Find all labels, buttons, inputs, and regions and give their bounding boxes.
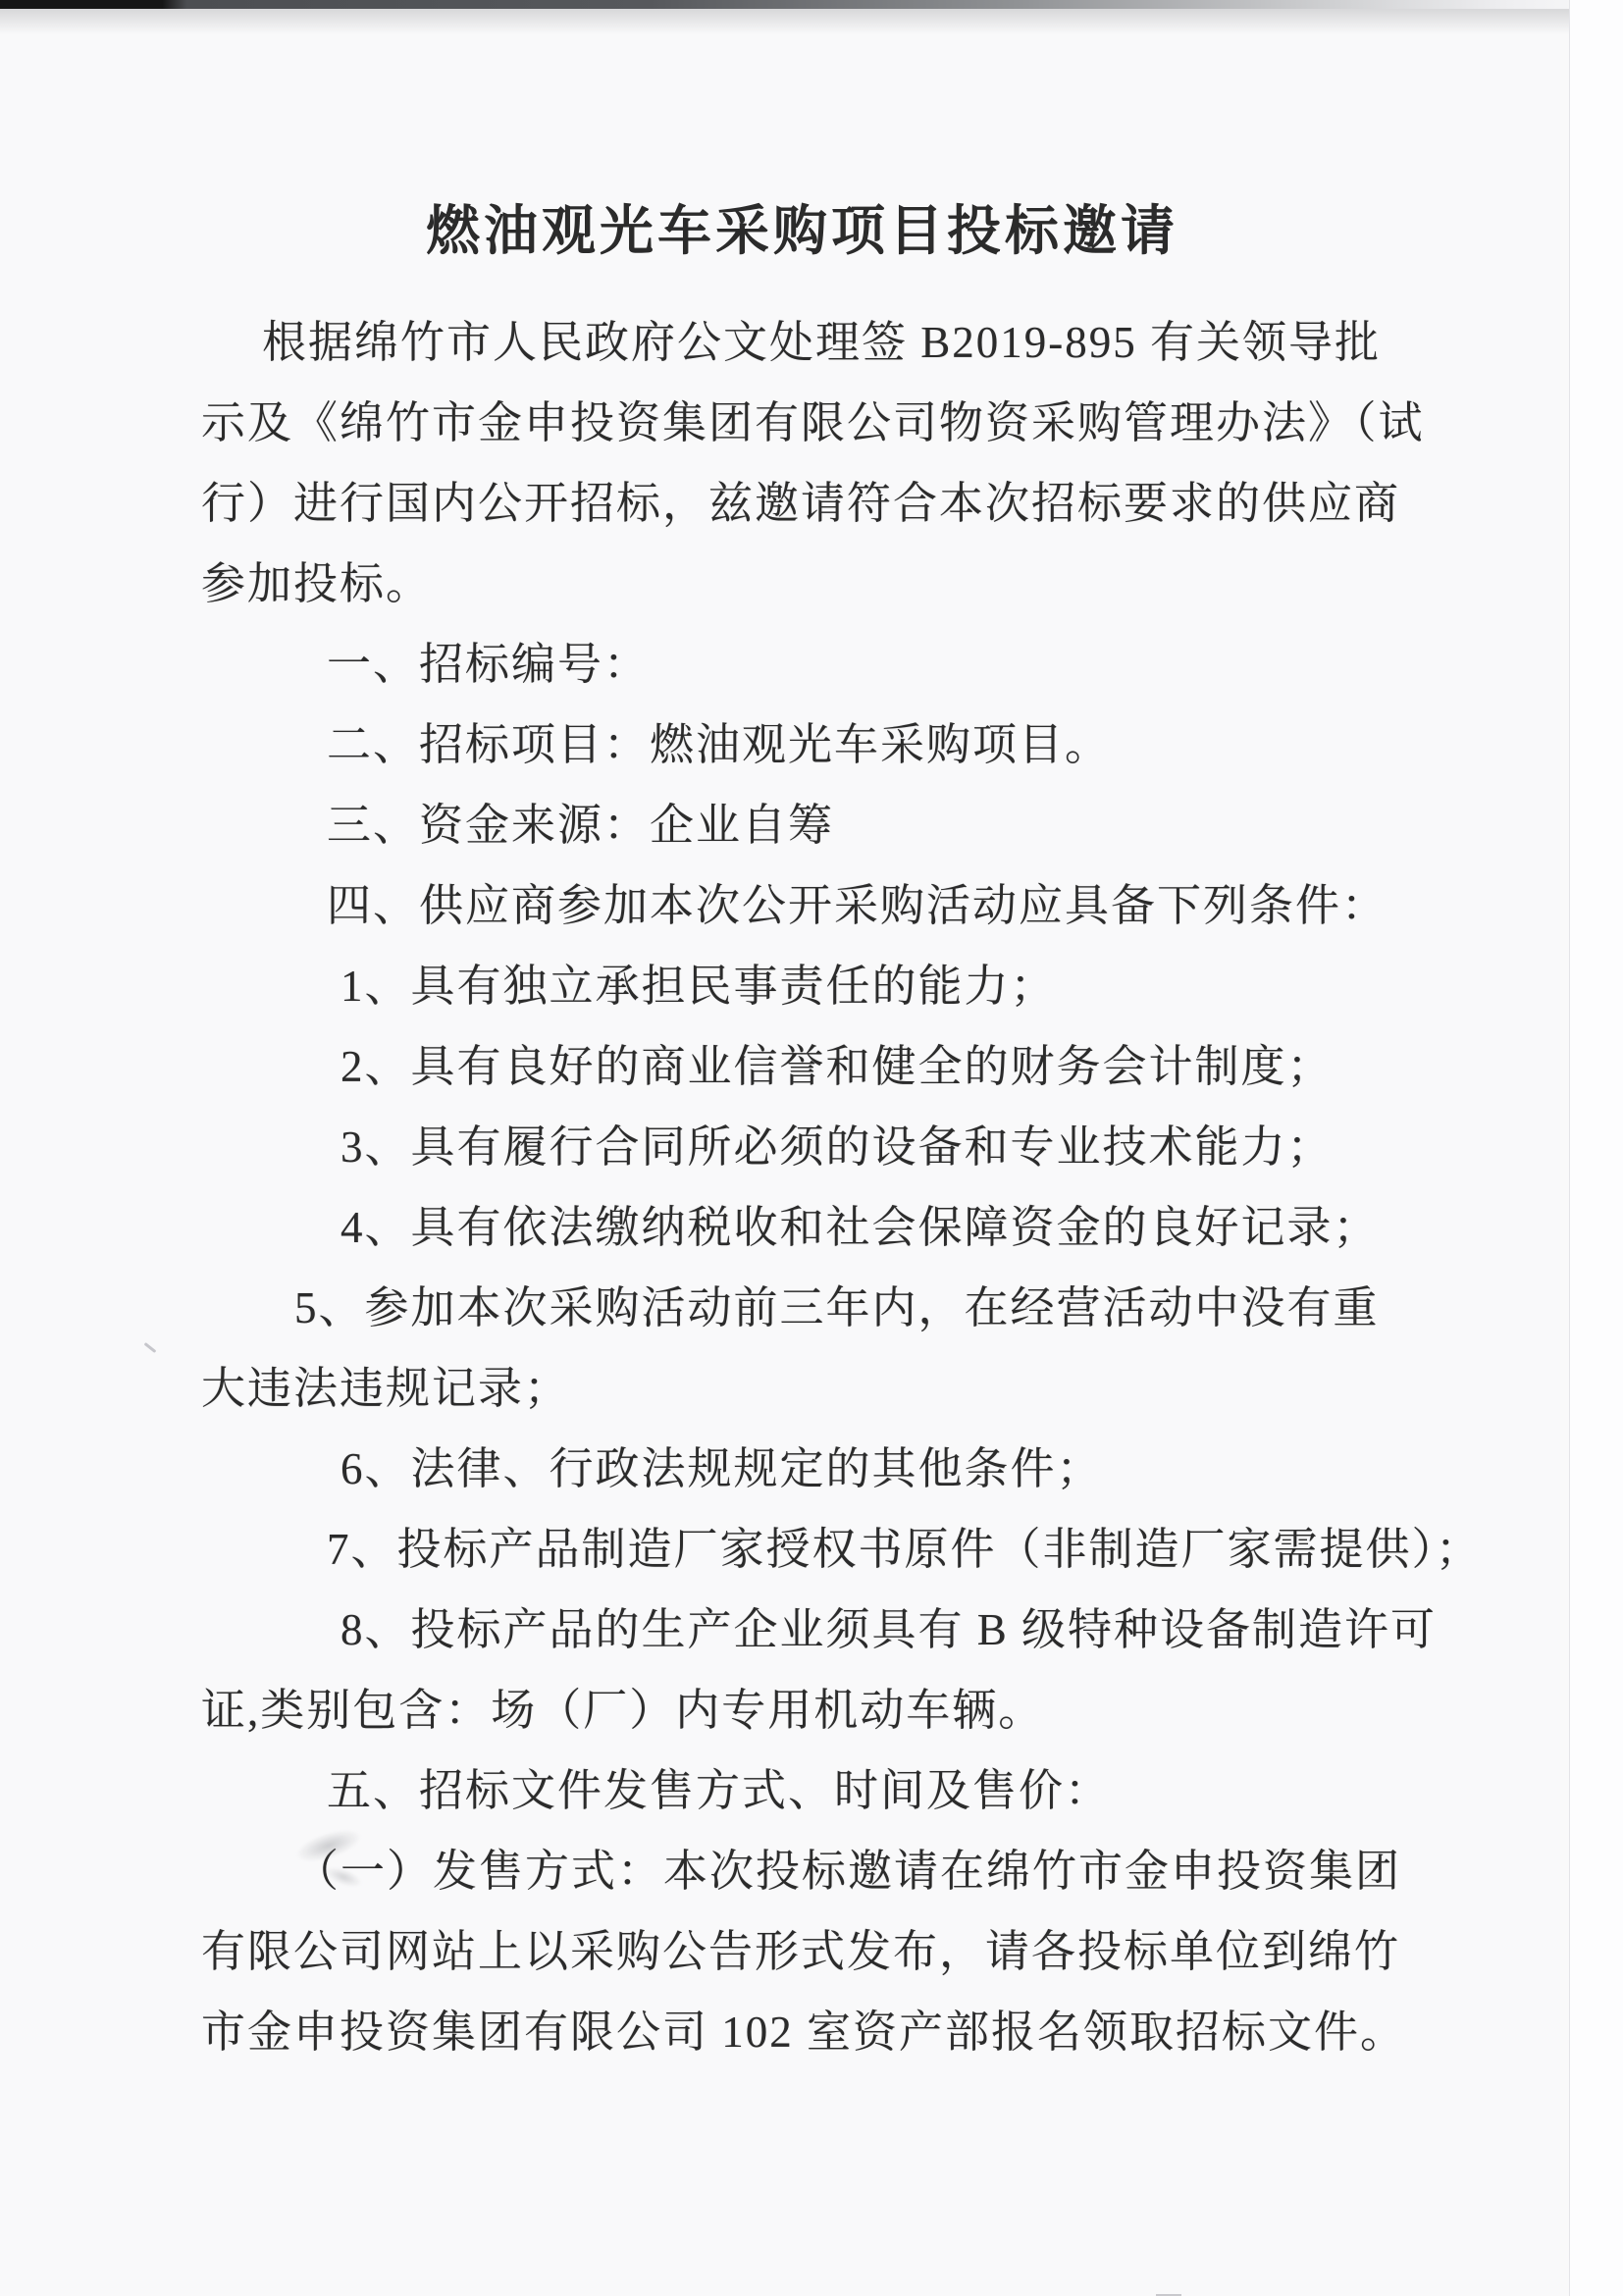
text-line: 根据绵竹市人民政府公文处理签 B2019-895 有关领导批: [201, 302, 1458, 383]
text-line-condition-6: 6、法律、行政法规规定的其他条件；: [201, 1429, 1458, 1509]
text-line-condition-4: 4、具有依法缴纳税收和社会保障资金的良好记录；: [201, 1187, 1458, 1268]
text-line-condition-7: 7、投标产品制造厂家授权书原件（非制造厂家需提供）；: [201, 1509, 1458, 1590]
scan-noise-mark: [144, 1342, 157, 1353]
text-line-conditions-heading: 四、供应商参加本次公开采购活动应具备下列条件：: [201, 865, 1458, 946]
scan-edge-shadow: [0, 9, 1623, 34]
text-line: 市金申投资集团有限公司 102 室资产部报名领取招标文件。: [201, 1992, 1458, 2072]
text-line: 行）进行国内公开招标，兹邀请符合本次招标要求的供应商: [201, 463, 1458, 544]
text-line-tender-number: 一、招标编号：: [201, 624, 1458, 704]
text-line-condition-2: 2、具有良好的商业信誉和健全的财务会计制度；: [201, 1026, 1458, 1107]
document-title: 燃油观光车采购项目投标邀请: [174, 196, 1431, 267]
text-line-fund-source: 三、资金来源：企业自筹: [201, 785, 1458, 865]
document-page: 燃油观光车采购项目投标邀请 根据绵竹市人民政府公文处理签 B2019-895 有…: [0, 0, 1623, 2296]
text-line-condition-5: 5、参加本次采购活动前三年内，在经营活动中没有重: [201, 1268, 1458, 1348]
text-line-condition-8: 8、投标产品的生产企业须具有 B 级特种设备制造许可: [201, 1590, 1458, 1670]
text-line: 有限公司网站上以采购公告形式发布，请各投标单位到绵竹: [201, 1911, 1458, 1992]
scan-page-right-edge: [1569, 0, 1623, 2296]
text-line-sale-heading: 五、招标文件发售方式、时间及售价：: [201, 1750, 1458, 1831]
document-content: 燃油观光车采购项目投标邀请 根据绵竹市人民政府公文处理签 B2019-895 有…: [201, 196, 1458, 2072]
text-line-condition-3: 3、具有履行合同所必须的设备和专业技术能力；: [201, 1107, 1458, 1187]
text-line: 证,类别包含：场（厂）内专用机动车辆。: [201, 1670, 1458, 1750]
text-line: 示及《绵竹市金申投资集团有限公司物资采购管理办法》（试: [201, 383, 1458, 463]
scan-edge-artifact-top: [0, 0, 1623, 9]
text-line-sale-method: （一）发售方式：本次投标邀请在绵竹市金申投资集团: [201, 1831, 1458, 1911]
text-line: 大违法违规记录；: [201, 1348, 1458, 1429]
text-line-condition-1: 1、具有独立承担民事责任的能力；: [201, 946, 1458, 1026]
text-line-tender-project: 二、招标项目：燃油观光车采购项目。: [201, 704, 1458, 785]
text-line: 参加投标。: [201, 544, 1458, 624]
